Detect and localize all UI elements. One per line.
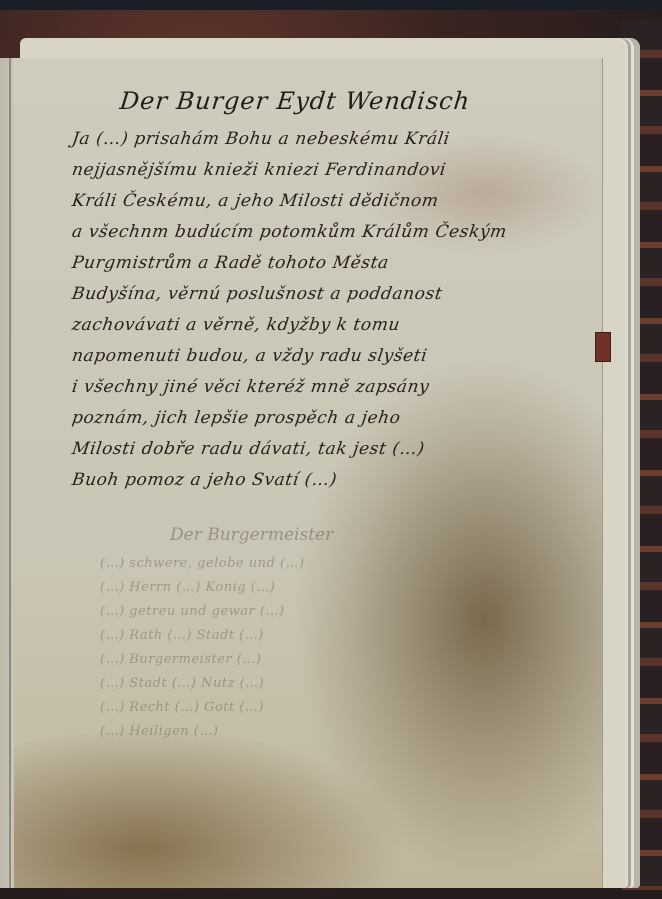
text-line: zachovávati a věrně, kdyžby k tomu bbox=[70, 310, 574, 341]
faded-line: (…) Burgermeister (…) bbox=[100, 648, 440, 672]
page-tab-marker bbox=[595, 332, 611, 362]
faded-heading: Der Burgermeister bbox=[170, 518, 440, 552]
text-line: Ja (…) prisahám Bohu a nebeskému Králi bbox=[70, 124, 574, 155]
text-line: Budyšína, věrnú poslušnost a poddanost bbox=[70, 279, 574, 310]
text-line: poznám, jich lepšie prospěch a jeho bbox=[70, 403, 574, 434]
faded-line: (…) Heiligen (…) bbox=[100, 720, 440, 744]
page-heading: Der Burger Eydt Wendisch bbox=[118, 78, 575, 124]
text-line: Buoh pomoz a jeho Svatí (…) bbox=[70, 465, 574, 496]
faded-line: (…) Recht (…) Gott (…) bbox=[100, 696, 440, 720]
manuscript-text-block: Der Burger Eydt Wendisch Ja (…) prisahám… bbox=[72, 78, 572, 496]
faded-line: (…) Stadt (…) Nutz (…) bbox=[100, 672, 440, 696]
text-line: i všechny jiné věci kteréž mně zapsány bbox=[70, 372, 574, 403]
text-line: Králi Českému, a jeho Milosti dědičnom bbox=[70, 186, 574, 217]
faded-line: (…) Herrn (…) Konig (…) bbox=[100, 576, 440, 600]
text-line: nejjasnějšímu knieži kniezi Ferdinandovi bbox=[70, 155, 574, 186]
text-line: Milosti dobře radu dávati, tak jest (…) bbox=[70, 434, 574, 465]
faded-line: (…) getreu und gewar (…) bbox=[100, 600, 440, 624]
faded-line: (…) Rath (…) Stadt (…) bbox=[100, 624, 440, 648]
text-line: a všechnm budúcím potomkům Králům Českým bbox=[70, 217, 574, 248]
text-line: napomenuti budou, a vždy radu slyšeti bbox=[70, 341, 574, 372]
text-line: Purgmistrům a Radě tohoto Města bbox=[70, 248, 574, 279]
faded-line: (…) schwere, gelobe und (…) bbox=[100, 552, 440, 576]
faded-text-section: Der Burgermeister (…) schwere, gelobe un… bbox=[100, 518, 440, 744]
